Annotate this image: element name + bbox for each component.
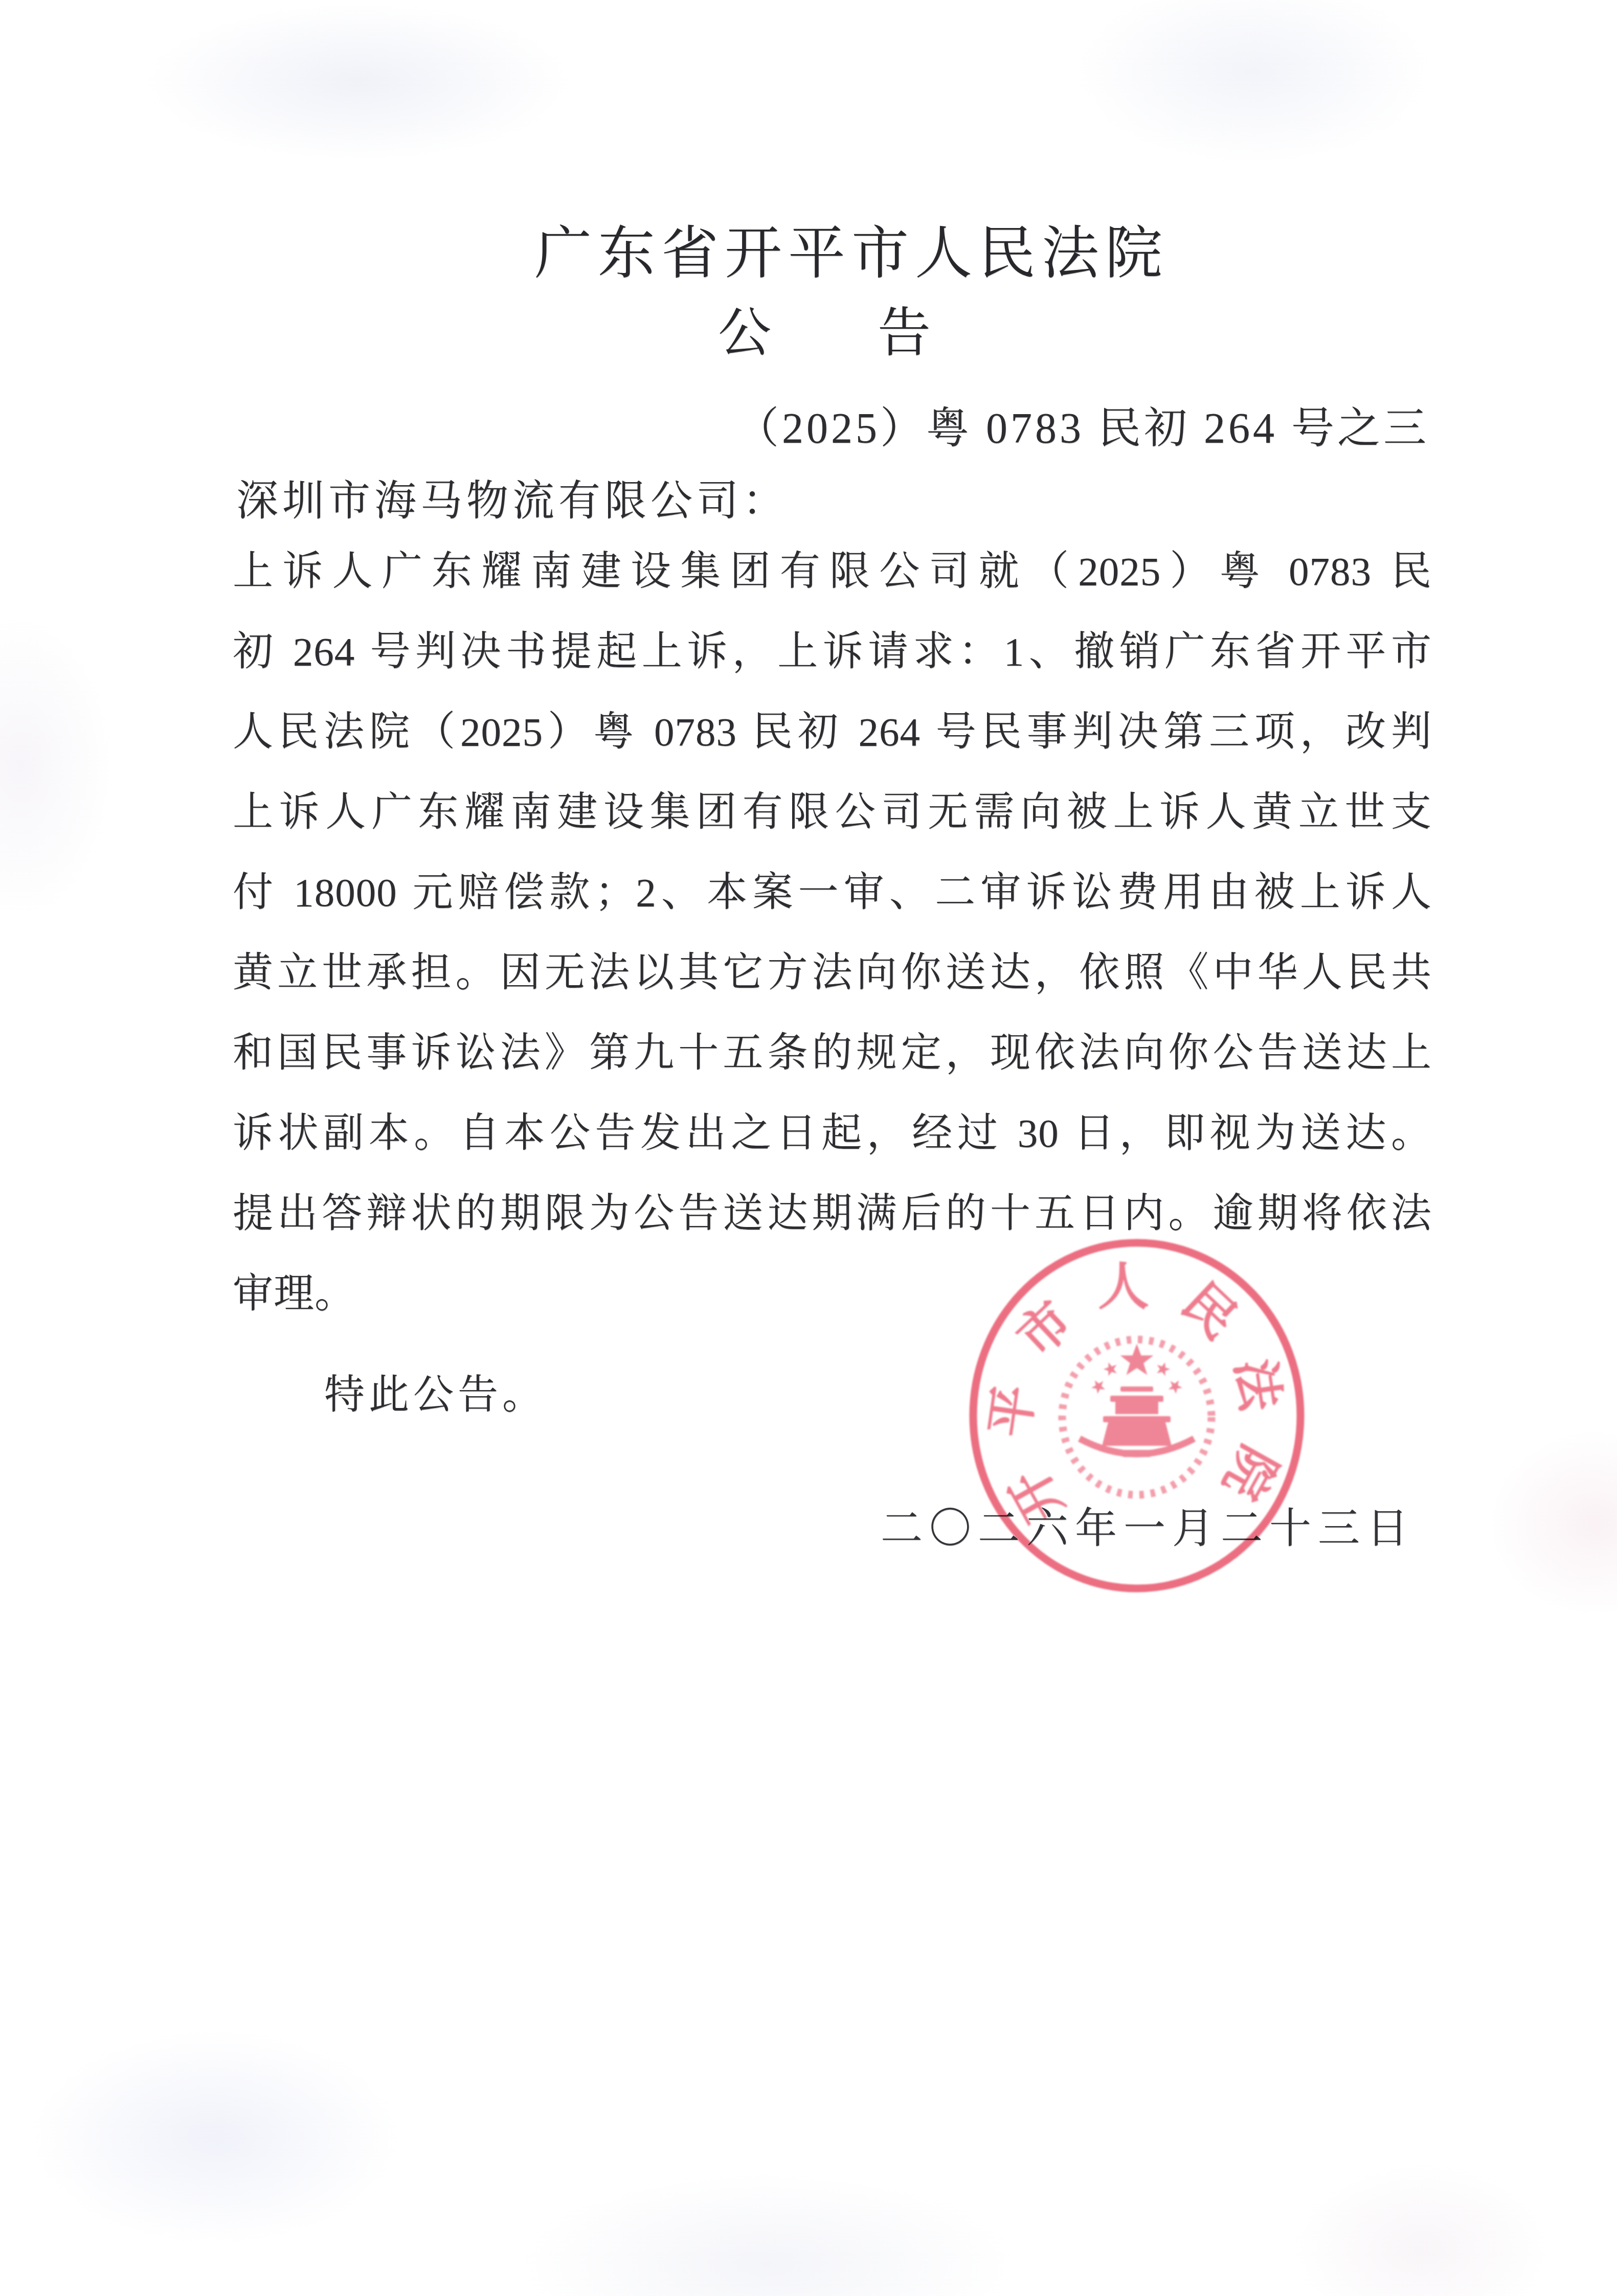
seal-text: 开平市人民法院 [981,1259,1293,1532]
court-title: 广东省开平市人民法院 [534,223,1169,286]
case-number: （2025）粤 0783 民初 264 号之三 [736,394,1429,456]
closing-line: 特此公告。 [324,1362,547,1420]
body-line: 黄立世承担。因无法以其它方法向你送达，依照《中华人民共 [233,933,1432,1013]
date-line: 二〇二六年一月二十三日 [881,1495,1415,1555]
body-line: 上诉人广东耀南建设集团有限公司无需向被上诉人黄立世支 [233,772,1432,853]
notice-title: 公 告 [718,305,931,363]
body-line: 和国民事诉讼法》第九十五条的规定，现依法向你公告送达上 [233,1013,1432,1094]
body-line: 人民法院（2025）粤 0783 民初 264 号民事判决第三项，改判 [233,692,1432,772]
announcement-body: 上诉人广东耀南建设集团有限公司就（2025）粤 0783 民 初 264 号判决… [233,532,1432,1334]
body-line: 初 264 号判决书提起上诉，上诉请求：1、撤销广东省开平市 [233,612,1432,692]
svg-text:开平市人民法院: 开平市人民法院 [981,1259,1293,1532]
body-line: 付 18000 元赔偿款；2、本案一审、二审诉讼费用由被上诉人 [233,853,1432,933]
document-page: 广东省开平市人民法院 公 告 （2025）粤 0783 民初 264 号之三 深… [0,0,1617,2296]
recipient-line: 深圳市海马物流有限公司： [236,467,789,527]
national-emblem-icon [1062,1339,1211,1495]
body-line: 诉状副本。自本公告发出之日起，经过 30 日，即视为送达。 [233,1094,1432,1174]
body-line: 上诉人广东耀南建设集团有限公司就（2025）粤 0783 民 [233,532,1432,612]
